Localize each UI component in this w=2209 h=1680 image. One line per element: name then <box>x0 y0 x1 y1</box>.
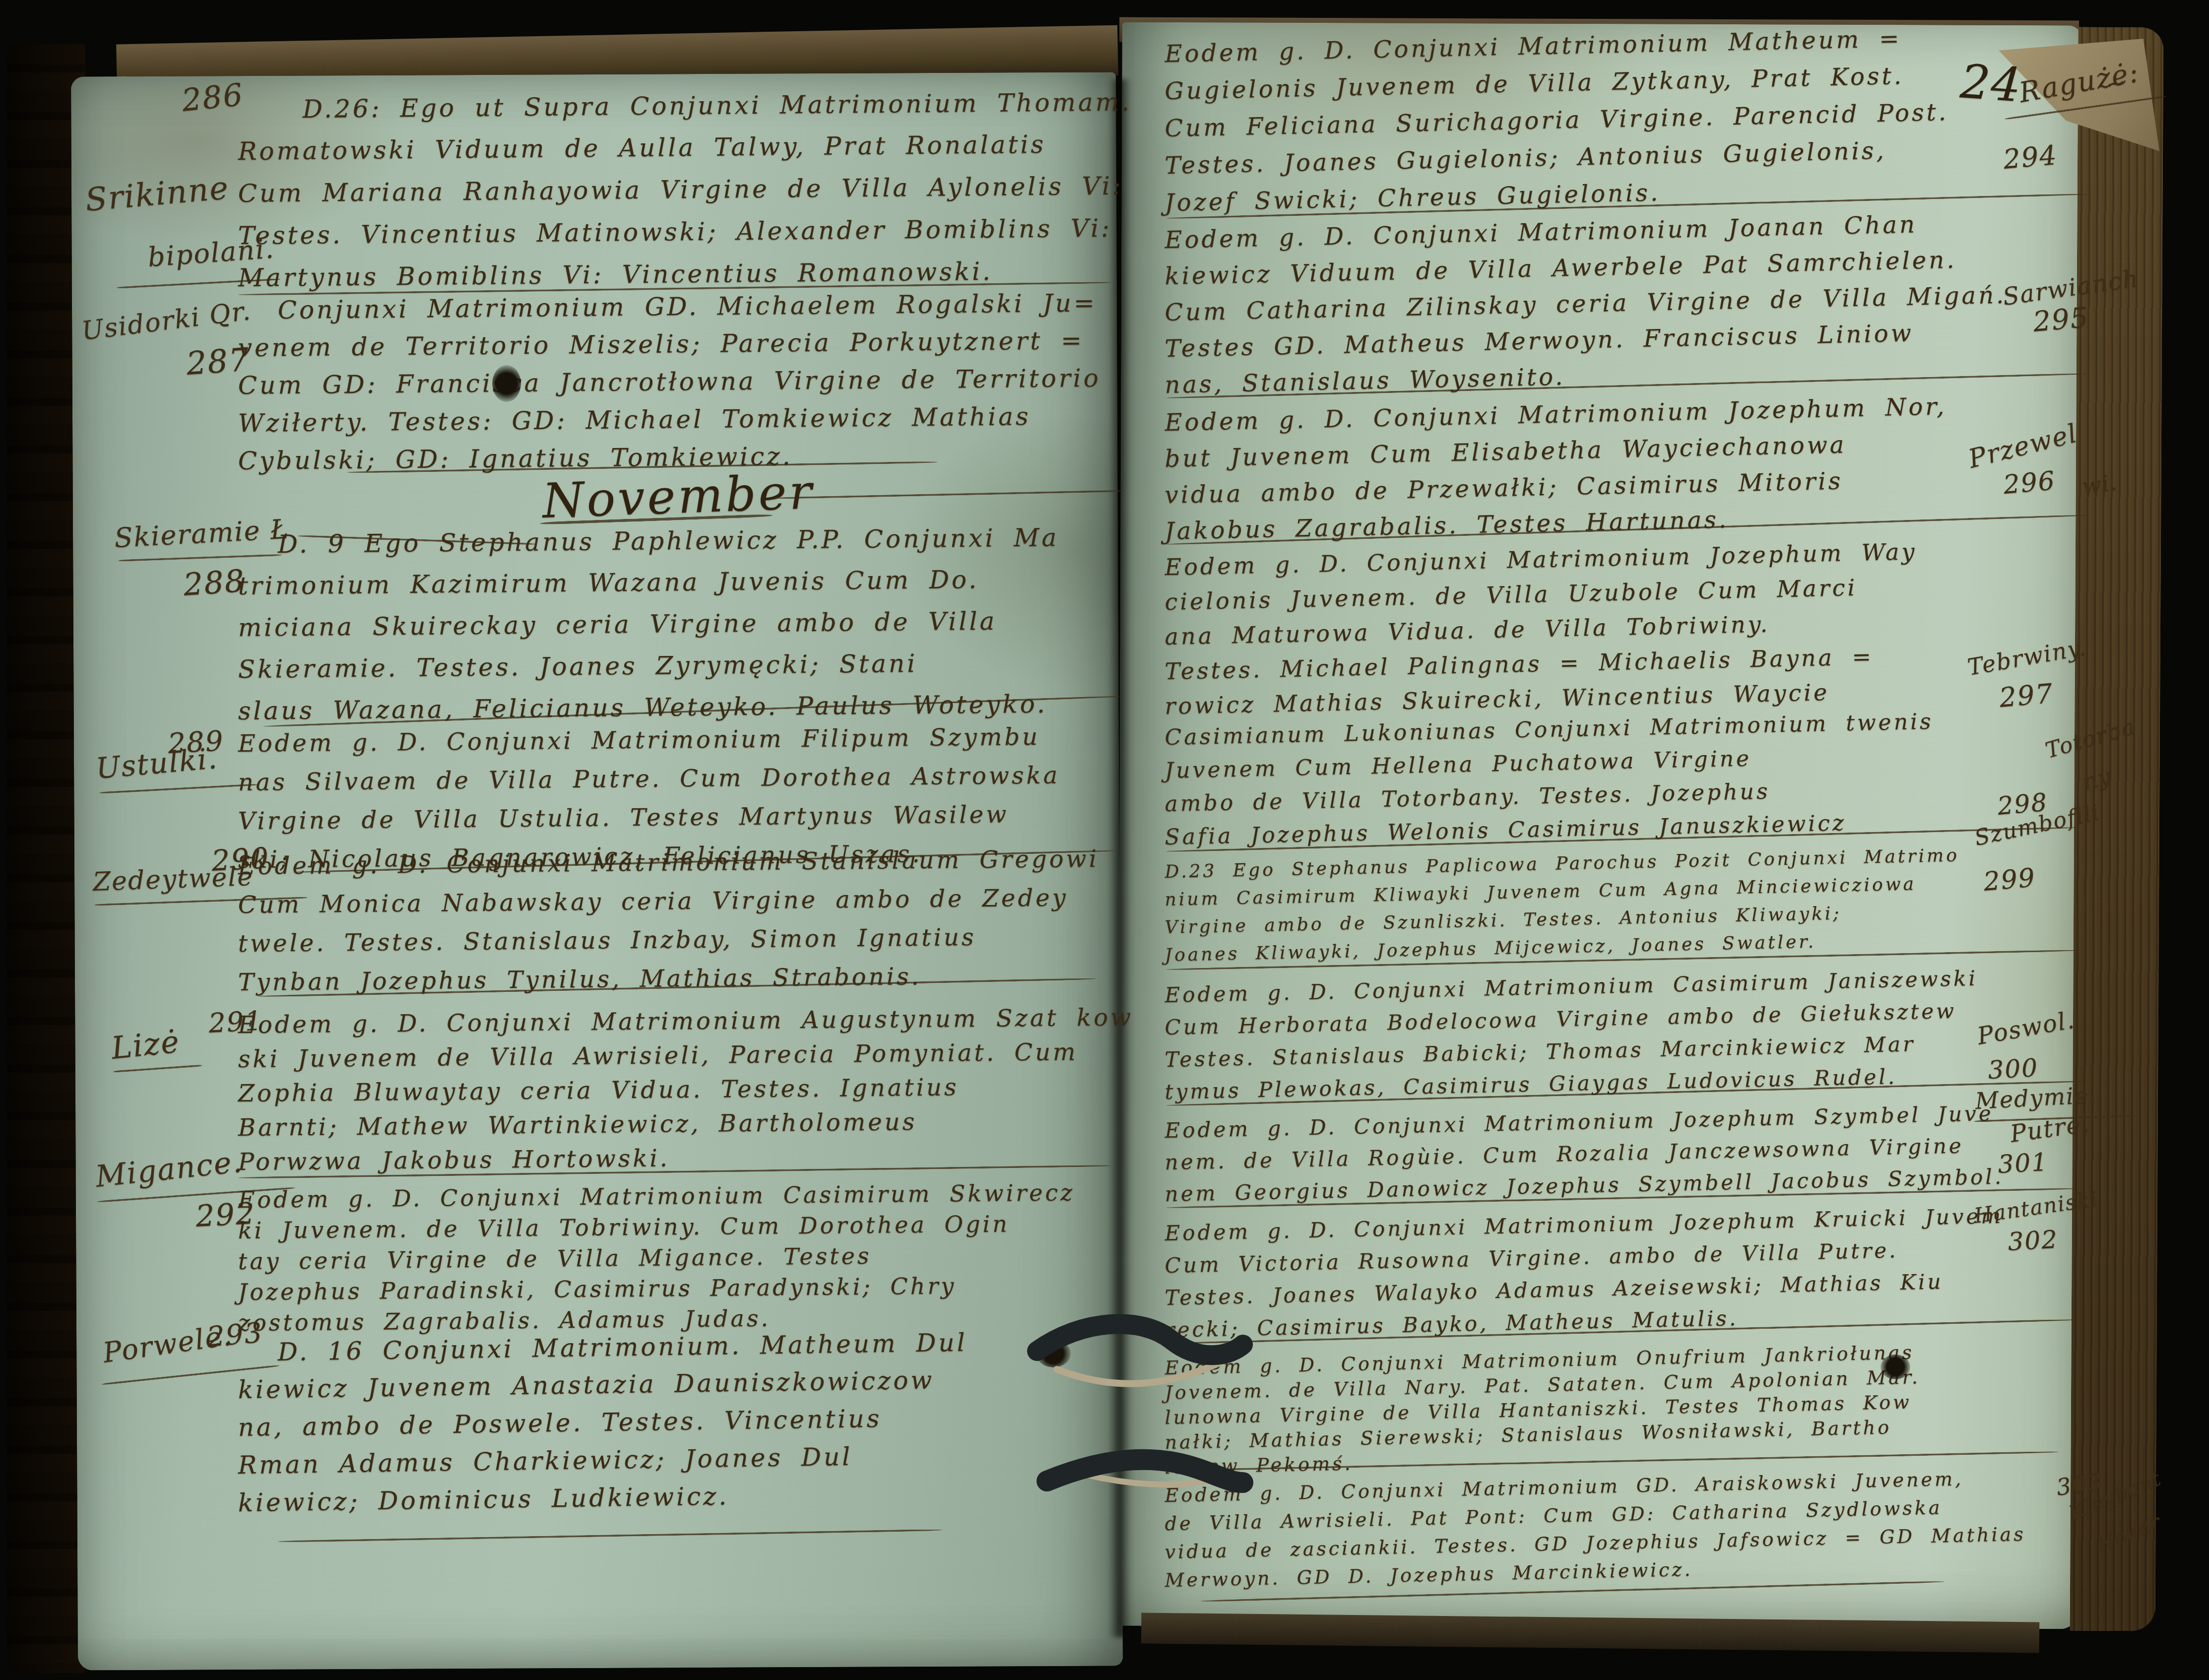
entry-line: zostomus Zagrabalis. Adamus Judas. <box>238 1307 771 1334</box>
entry-line: Eodem g. D. Conjunxi Matrimonium Augusty… <box>238 1005 1134 1037</box>
entry-number: 300 <box>1987 1055 2039 1083</box>
page-number: 24 <box>1959 59 2023 109</box>
entry-line: nas Silvaem de Villa Putre. Cum Dorothea… <box>238 764 1060 794</box>
entry-line: Cum GD: Francisca Jancrotłowna Virgine d… <box>238 366 1101 398</box>
entry-line: D. 9 Ego Stephanus Paphlewicz P.P. Conju… <box>278 525 1059 557</box>
month-header: November <box>542 468 815 525</box>
entry-number: 295 <box>2032 304 2090 336</box>
entry-line: ki Juvenem. de Villa Tobriwiny. Cum Doro… <box>238 1212 1010 1242</box>
book-photo: 24 ~ 286 Srikinne bipolani. D.26: Ego ut… <box>0 0 2209 1680</box>
entry-number: 288 <box>183 565 246 600</box>
entry-line: Eodem g. D. Conjunxi Matrimonium Casimir… <box>238 1181 1075 1211</box>
entry-line: Skieramie. Testes. Joanes Zyrymęcki; Sta… <box>238 651 918 682</box>
ink-blot <box>1881 1355 1910 1379</box>
entry-line: trimonium Kazimirum Wazana Juvenis Cum D… <box>238 567 979 598</box>
entry-number: 286 <box>181 79 245 116</box>
entry-line: Barnti; Mathew Wartinkiewicz, Bartholome… <box>238 1110 917 1140</box>
entry-line: Martynus Bomiblins Vi: Vincentius Romano… <box>238 259 993 290</box>
entry-line: lomew Pekomś. <box>1165 1454 1353 1477</box>
entry-line: ski Juvenem de Villa Awrisieli, Parecia … <box>238 1040 1078 1071</box>
entry-line: Wziłerty. Testes: GD: Michael Tomkiewicz… <box>238 404 1031 436</box>
gutter-seam <box>1108 79 1131 1637</box>
ink-blot <box>492 365 521 402</box>
entry-line: venem de Territorio Miszelis; Parecia Po… <box>238 328 1085 360</box>
entry-line: Zophia Bluwaytay ceria Vidua. Testes. Ig… <box>238 1075 959 1105</box>
entry-line: Conjunxi Matrimonium GD. Michaelem Rogal… <box>278 291 1097 323</box>
entry-line: tay ceria Virgine de Villa Migance. Test… <box>238 1244 872 1273</box>
entry-line: slaus Wazana, Felicianus Weteyko. Paulus… <box>238 692 1047 723</box>
entry-line: Cum Monica Nabawskay ceria Virgine ambo … <box>238 886 1068 917</box>
margin-place-label: wi. <box>2081 471 2119 498</box>
entry-line: Cum Mariana Ranhayowia Virgine de Villa … <box>238 173 1123 206</box>
entry-line: Testes. Vincentius Matinowski; Alexander… <box>238 216 1112 248</box>
entry-line: Tynban Jozephus Tynilus, Mathias Strabon… <box>238 965 921 994</box>
entry-number: 299 <box>1982 865 2036 895</box>
entry-line: Virgine de Villa Ustulia. Testes Martynu… <box>238 802 1009 833</box>
entry-line: miciana Skuireckay ceria Virgine ambo de… <box>238 609 997 640</box>
entry-line: Jozephus Paradinski, Casimirus Paradynsk… <box>238 1274 957 1303</box>
entry-number: 296 <box>2002 468 2056 498</box>
entry-line: Eodem g. D. Conjunxi Matrimonium Stanisl… <box>238 847 1099 878</box>
margin-place-label: Lizė <box>110 1026 182 1064</box>
entry-line: Romatowski Viduum de Aulla Talwy, Prat R… <box>238 132 1046 164</box>
entry-line: Porwzwa Jakobus Hortowski. <box>238 1146 670 1174</box>
entry-line: twele. Testes. Stanislaus Inzbay, Simon … <box>238 925 976 956</box>
entry-number: 297 <box>1998 680 2054 711</box>
entry-line: kiewicz; Dominicus Ludkiewicz. <box>238 1484 729 1515</box>
entry-number: 302 <box>2007 1227 2059 1254</box>
entry-line: Eodem g. D. Conjunxi Matrimonium Filipum… <box>238 725 1040 756</box>
entry-line: D.26: Ego ut Supra Conjunxi Matrimonium … <box>303 89 1132 122</box>
entry-number: 301 <box>1997 1150 2049 1177</box>
entry-number: 294 <box>2002 142 2058 173</box>
ink-blot <box>1036 1340 1071 1367</box>
margin-place-label: Zedeytwele <box>92 864 254 895</box>
